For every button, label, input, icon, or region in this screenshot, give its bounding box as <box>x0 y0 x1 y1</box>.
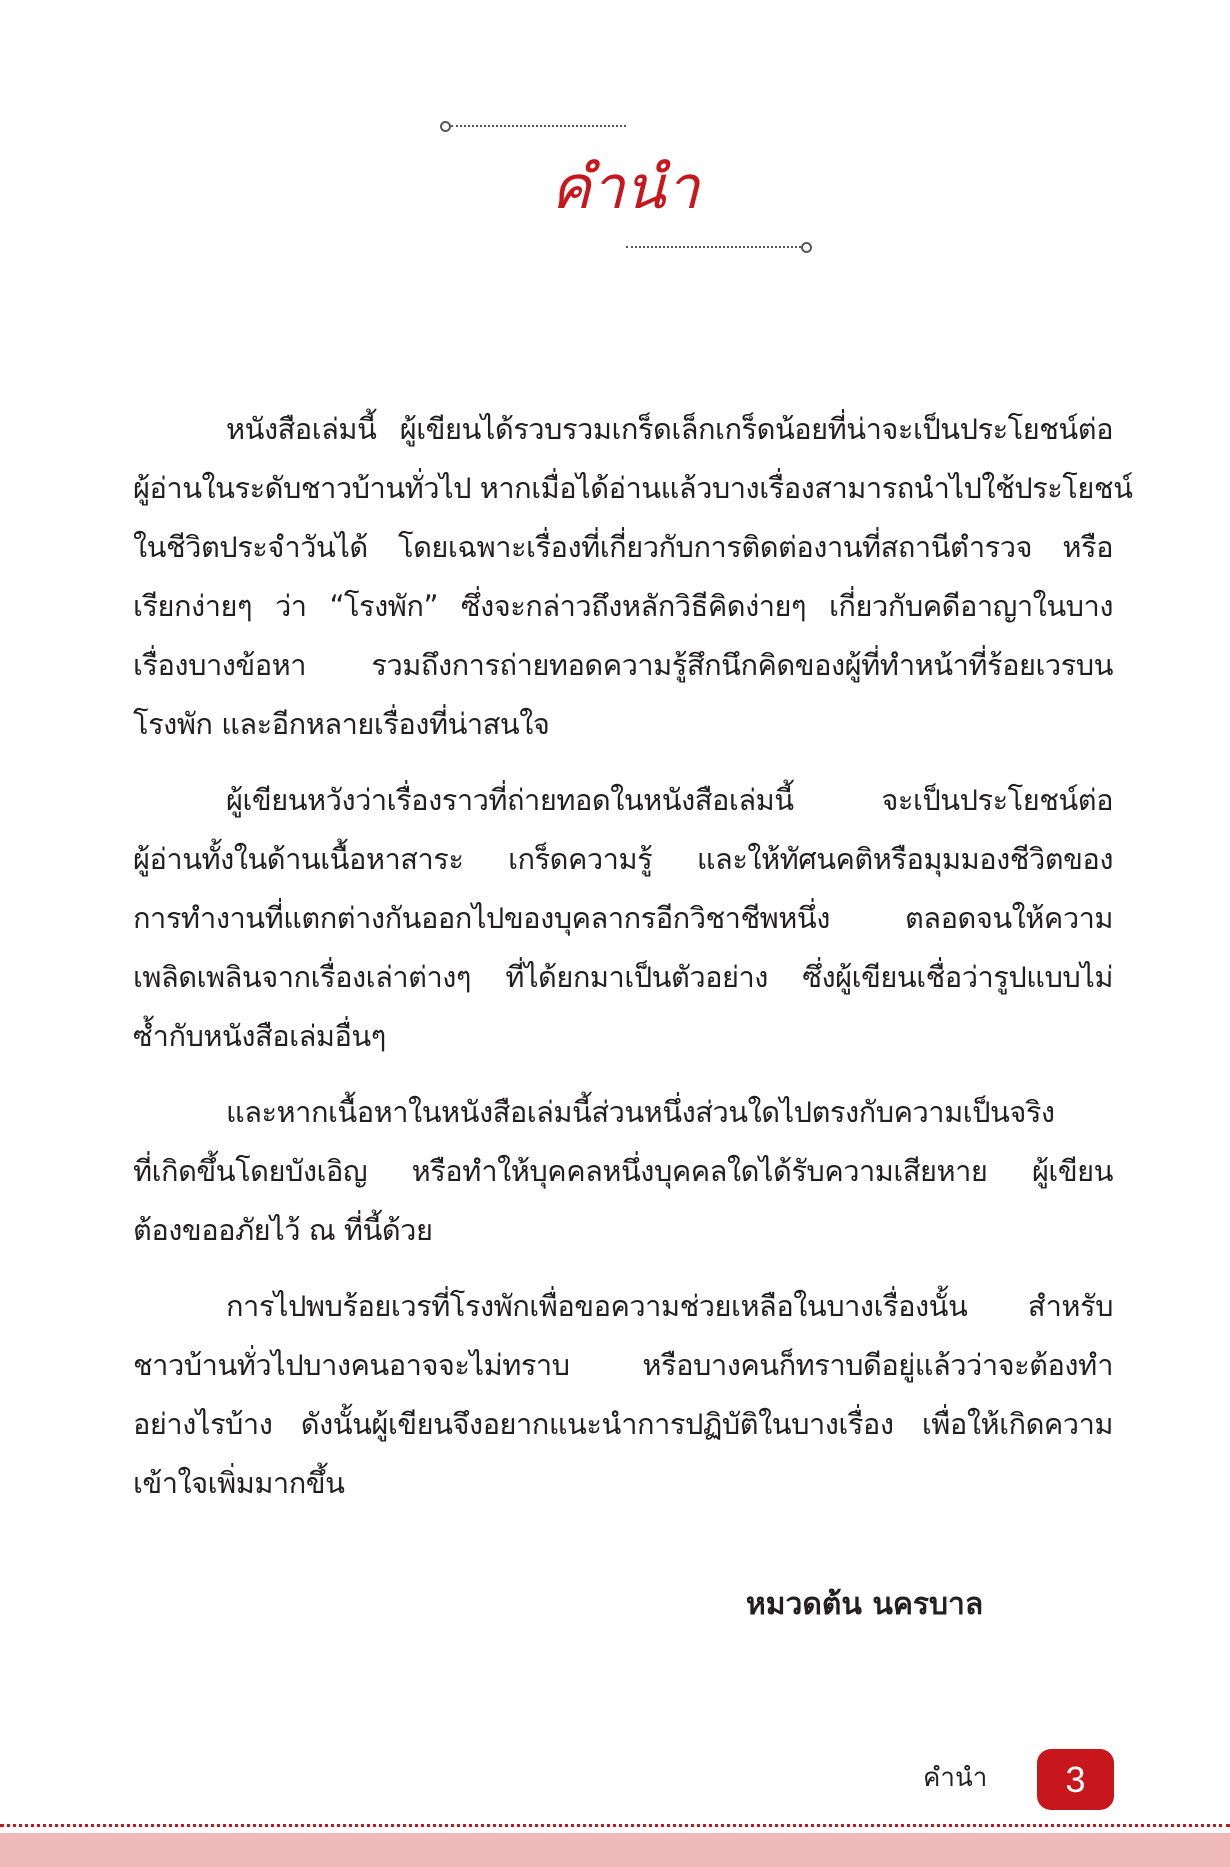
running-footer-section-label: คำนำ <box>923 1758 987 1798</box>
ring-icon <box>440 121 451 132</box>
text-line: หนังสือเล่มนี้ ผู้เขียนได้รวบรวมเกร็ดเล็… <box>133 400 1113 459</box>
text-line: เรียกง่ายๆ ว่า “โรงพัก” ซึ่งจะกล่าวถึงหล… <box>133 577 1113 636</box>
footer-band <box>0 1833 1230 1867</box>
paragraph-1: หนังสือเล่มนี้ ผู้เขียนได้รวบรวมเกร็ดเล็… <box>133 400 1113 754</box>
title-ornament-bottom <box>626 241 812 253</box>
text-line: ผู้อ่านทั้งในด้านเนื้อหาสาระ เกร็ดความรู… <box>133 830 1113 889</box>
text-line: การไปพบร้อยเวรที่โรงพักเพื่อขอความช่วยเห… <box>133 1277 1113 1336</box>
paragraph-2: ผู้เขียนหวังว่าเรื่องราวที่ถ่ายทอดในหนัง… <box>133 771 1113 1066</box>
text-line: เพลิดเพลินจากเรื่องเล่าต่างๆ ที่ได้ยกมาเ… <box>133 948 1113 1007</box>
paragraph-4: การไปพบร้อยเวรที่โรงพักเพื่อขอความช่วยเห… <box>133 1277 1113 1513</box>
text-line: เข้าใจเพิ่มมากขึ้น <box>133 1454 1113 1513</box>
title-ornament-top <box>440 120 626 132</box>
text-line: ซ้ำกับหนังสือเล่มอื่นๆ <box>133 1007 1113 1066</box>
ring-icon <box>801 242 812 253</box>
text-line: ชาวบ้านทั่วไปบางคนอาจจะไม่ทราบ หรือบางคน… <box>133 1336 1113 1395</box>
footer-dotted-rule <box>0 1824 1230 1827</box>
page-number-badge: 3 <box>1037 1749 1114 1810</box>
text-line: และหากเนื้อหาในหนังสือเล่มนี้ส่วนหนึ่งส่… <box>133 1083 1113 1142</box>
text-line: ที่เกิดขึ้นโดยบังเอิญ หรือทำให้บุคคลหนึ่… <box>133 1142 1113 1201</box>
text-line: การทำงานที่แตกต่างกันออกไปของบุคลากรอีกว… <box>133 889 1113 948</box>
text-line: ต้องขออภัยไว้ ณ ที่นี้ด้วย <box>133 1201 1113 1260</box>
text-line: ผู้อ่านในระดับชาวบ้านทั่วไป หากเมื่อได้อ… <box>133 459 1113 518</box>
dotted-line <box>451 125 626 127</box>
paragraph-3: และหากเนื้อหาในหนังสือเล่มนี้ส่วนหนึ่งส่… <box>133 1083 1113 1260</box>
text-line: โรงพัก และอีกหลายเรื่องที่น่าสนใจ <box>133 695 1113 754</box>
text-line: ในชีวิตประจำวันได้ โดยเฉพาะเรื่องที่เกี่… <box>133 518 1113 577</box>
text-line: อย่างไรบ้าง ดังนั้นผู้เขียนจึงอยากแนะนำก… <box>133 1395 1113 1454</box>
dotted-line <box>626 246 801 248</box>
text-line: เรื่องบางข้อหา รวมถึงการถ่ายทอดความรู้สึ… <box>133 636 1113 695</box>
author-signature: หมวดต้น นครบาล <box>746 1580 983 1630</box>
text-line: ผู้เขียนหวังว่าเรื่องราวที่ถ่ายทอดในหนัง… <box>133 771 1113 830</box>
preface-body: หนังสือเล่มนี้ ผู้เขียนได้รวบรวมเกร็ดเล็… <box>133 400 1113 1530</box>
page-title: คำนำ <box>0 148 1230 228</box>
